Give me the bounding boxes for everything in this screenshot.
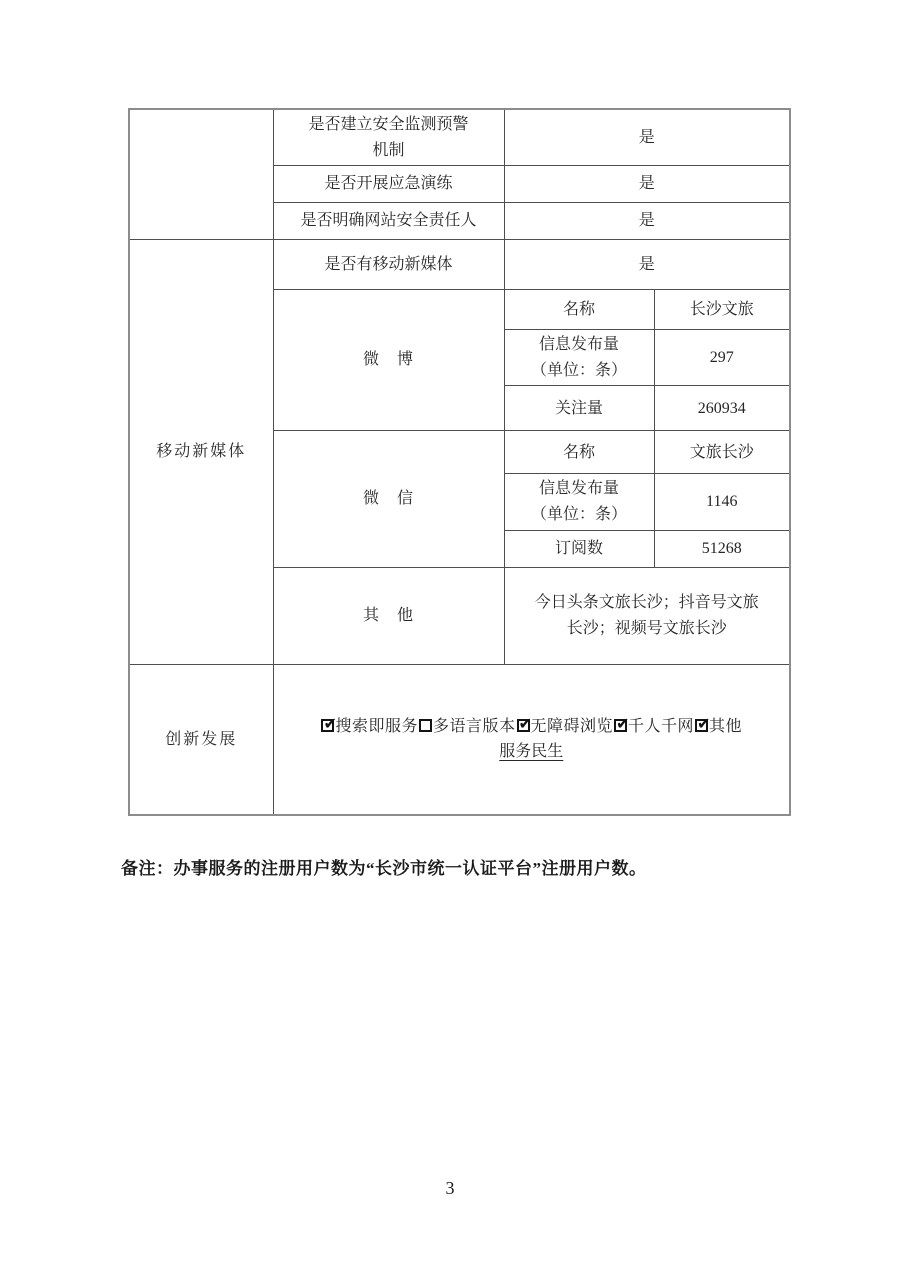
innovation-other-detail-line: 服务民生 (279, 739, 785, 765)
document-page: { "table": { "security": { "rows": [ { "… (0, 0, 900, 1272)
checkbox-icon (695, 719, 708, 732)
innovation-section-header: 创新发展 (129, 664, 273, 815)
other-platform-value-cell: 今日头条文旅长沙；抖音号文旅 长沙；视频号文旅长沙 (504, 567, 790, 664)
question-cell: 是否建立安全监测预警 机制 (273, 109, 504, 166)
checkbox-icon (419, 719, 432, 732)
field-cell: 信息发布量 （单位：条） (504, 330, 654, 386)
page-number: 3 (0, 1178, 900, 1199)
field-cell: 信息发布量 （单位：条） (504, 474, 654, 530)
checkbox-label: 无障碍浏览 (531, 718, 614, 735)
value-cell: 297 (654, 330, 790, 386)
field-cell: 名称 (504, 290, 654, 330)
value-cell: 文旅长沙 (654, 431, 790, 474)
checkbox-label: 千人千网 (628, 718, 694, 735)
other-platform-label-cell: 其 他 (273, 567, 504, 664)
table-row: 是否建立安全监测预警 机制 是 (129, 109, 790, 166)
innovation-options-line: 搜索即服务多语言版本无障碍浏览千人千网其他 (279, 714, 785, 740)
checkbox-label: 搜索即服务 (335, 718, 418, 735)
checkbox-icon (321, 719, 334, 732)
value-cell: 1146 (654, 474, 790, 530)
checkbox-label: 其他 (709, 718, 742, 735)
wechat-label-cell: 微 信 (273, 431, 504, 567)
question-cell: 是否开展应急演练 (273, 166, 504, 203)
table-row: 创新发展 搜索即服务多语言版本无障碍浏览千人千网其他 服务民生 (129, 664, 790, 815)
security-section-header-cell (129, 109, 273, 240)
checkbox-icon (517, 719, 530, 732)
value-cell: 51268 (654, 530, 790, 567)
value-cell: 260934 (654, 386, 790, 431)
mobile-media-section-header: 移动新媒体 (129, 240, 273, 664)
answer-cell: 是 (504, 109, 790, 166)
field-cell: 名称 (504, 431, 654, 474)
field-cell: 关注量 (504, 386, 654, 431)
annual-report-table-container: 是否建立安全监测预警 机制 是 是否开展应急演练 是 是否明确网站安全责任人 是… (128, 108, 791, 816)
checkbox-label: 多语言版本 (433, 718, 516, 735)
answer-cell: 是 (504, 166, 790, 203)
field-cell: 订阅数 (504, 530, 654, 567)
innovation-options-cell: 搜索即服务多语言版本无障碍浏览千人千网其他 服务民生 (273, 664, 790, 815)
annual-report-table: 是否建立安全监测预警 机制 是 是否开展应急演练 是 是否明确网站安全责任人 是… (128, 108, 791, 816)
answer-cell: 是 (504, 203, 790, 240)
table-row: 移动新媒体 是否有移动新媒体 是 (129, 240, 790, 290)
question-cell: 是否明确网站安全责任人 (273, 203, 504, 240)
checkbox-icon (614, 719, 627, 732)
remark-note: 备注：办事服务的注册用户数为“长沙市统一认证平台”注册用户数。 (121, 854, 821, 879)
other-detail-text: 服务民生 (499, 743, 563, 760)
weibo-label-cell: 微 博 (273, 290, 504, 431)
value-cell: 长沙文旅 (654, 290, 790, 330)
answer-cell: 是 (504, 240, 790, 290)
question-cell: 是否有移动新媒体 (273, 240, 504, 290)
